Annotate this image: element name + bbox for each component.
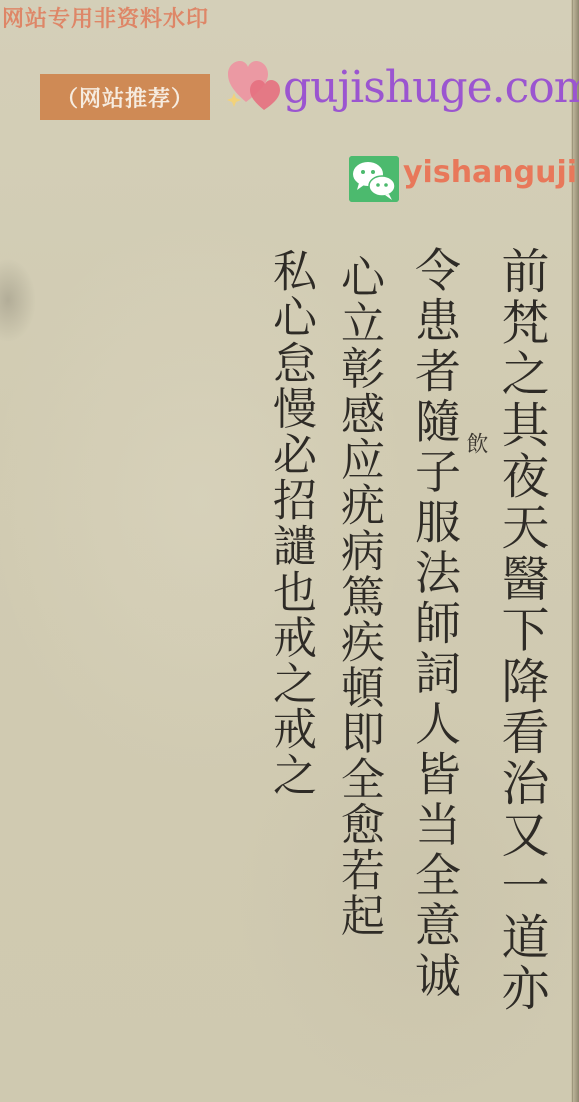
manuscript-column-3: 心立彰感应疣病篤疾頓即全愈若起 <box>336 254 380 938</box>
manuscript-column-4: 私心怠慢必招譴也戒之戒之 <box>268 248 312 798</box>
manuscript-column-2: 令患者隨子服法師詞人皆当全意诚 <box>412 246 458 1002</box>
manuscript-text: 前梵之其夜天醫下降看治又一道亦 令患者隨子服法師詞人皆当全意诚 飲 心立彰感应疣… <box>0 0 579 1102</box>
manuscript-column-1: 前梵之其夜天醫下降看治又一道亦 <box>497 246 545 1014</box>
manuscript-annotation: 飲 <box>460 432 491 454</box>
